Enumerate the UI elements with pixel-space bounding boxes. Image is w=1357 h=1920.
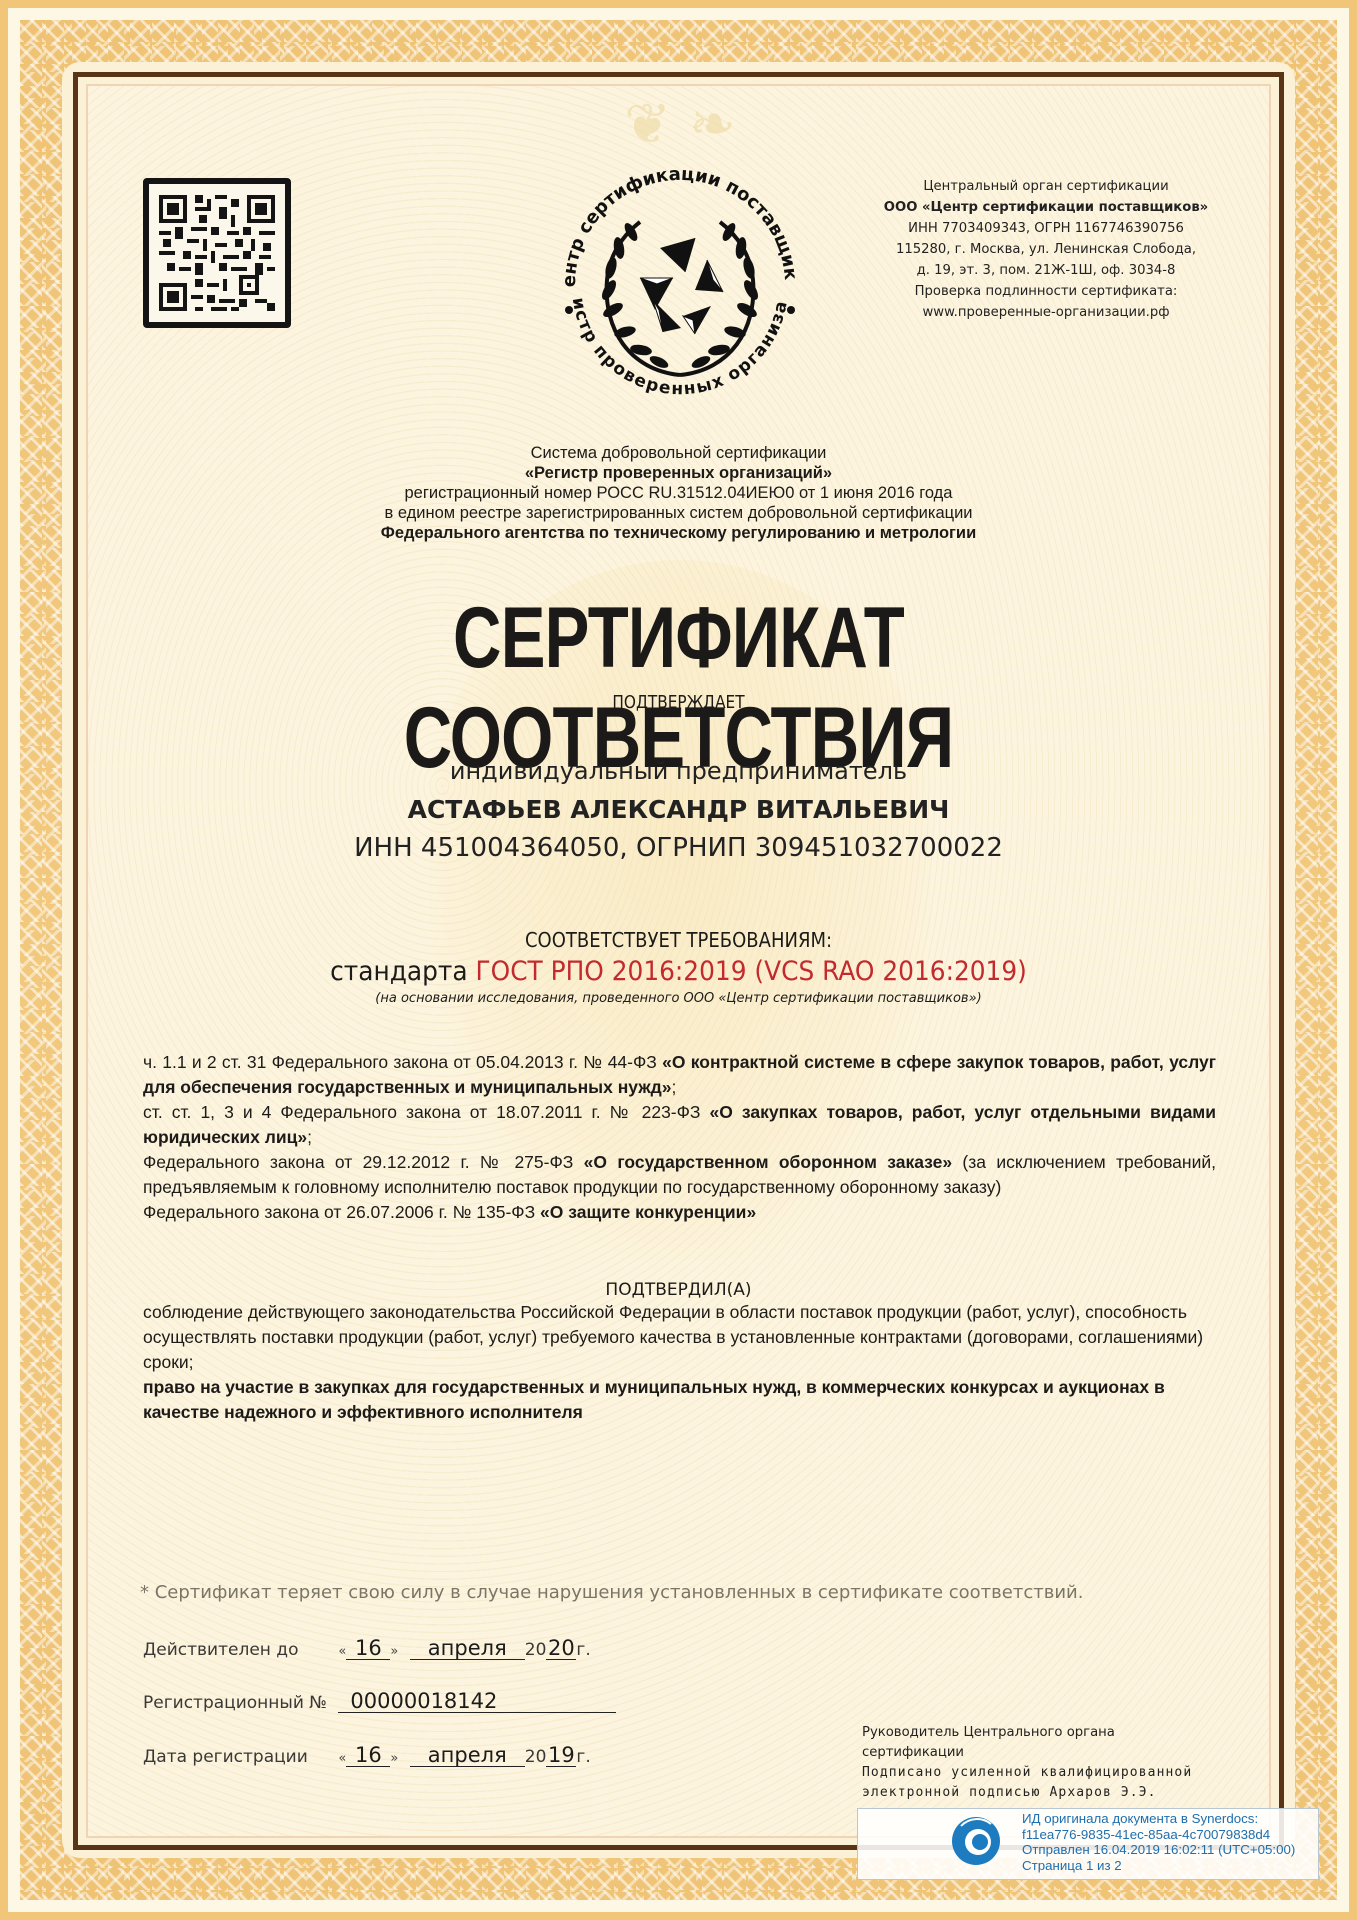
reg-number-field: Регистрационный № 00000018142 [143,1690,616,1713]
stamp-sent-time: Отправлен 16.04.2019 16:02:11 (UTC+05:00… [1022,1842,1295,1858]
org-name: ООО «Центр сертификации поставщиков» [862,197,1230,218]
system-agency: Федерального агентства по техническому р… [140,523,1217,543]
footnote: * Сертификат теряет свою силу в случае н… [140,1582,1220,1603]
requirements-heading: СООТВЕТСТВУЕТ ТРЕБОВАНИЯМ: [194,928,1163,952]
laws-list: ч. 1.1 и 2 ст. 31 Федерального закона от… [143,1050,1216,1225]
system-line-4: в едином реестре зарегистрированных сист… [140,503,1217,523]
signer-line-2: Подписано усиленной квалифицированной [862,1763,1216,1783]
system-name: «Регистр проверенных организаций» [140,463,1217,483]
law-item: Федерального закона от 29.12.2012 г. № 2… [143,1150,1216,1200]
year-prefix: 20 [525,1747,547,1767]
system-line-1: Система добровольной сертификации [140,443,1217,463]
signer-block: Руководитель Центрального органа сертифи… [862,1723,1216,1803]
confirmed-item: соблюдение действующего законодательства… [143,1300,1216,1375]
valid-until-field: Действителен до «16» апреля2020г. [143,1637,591,1660]
synerdocs-stamp: ИД оригинала документа в Synerdocs: f11e… [857,1808,1319,1880]
entity-ids: ИНН 451004364050, ОГРНИП 309451032700022 [140,831,1217,865]
valid-until-day: 16 [346,1637,390,1660]
reg-number-label: Регистрационный № [143,1693,333,1713]
stamp-page: Страница 1 из 2 [1022,1858,1295,1874]
verify-link[interactable]: www.проверенные-организации.рф [862,302,1230,323]
signer-title: Руководитель Центрального органа сертифи… [862,1723,1216,1763]
reg-date-label: Дата регистрации [143,1747,333,1767]
qr-code-icon[interactable] [143,178,291,328]
reg-date-day: 16 [346,1744,390,1767]
law-item: ст. ст. 1, 3 и 4 Федерального закона от … [143,1100,1216,1150]
requirements-note: (на основании исследования, проведенного… [140,990,1217,1008]
stamp-doc-id: f11ea776-9835-41ec-85aa-4c70079838d4 [1022,1827,1295,1843]
top-ornament-icon: ❦ ❧ [580,95,780,155]
law-item: Федерального закона от 26.07.2006 г. № 1… [143,1200,1216,1225]
valid-until-month: апреля [410,1637,525,1660]
stamp-line-1: ИД оригинала документа в Synerdocs: [1022,1811,1295,1827]
reg-date-month: апреля [410,1744,525,1767]
certification-system: Система добровольной сертификации «Регис… [140,443,1217,543]
synerdocs-logo-icon [951,1816,1001,1866]
confirmed-heading: ПОДТВЕРДИЛ(А) [140,1279,1217,1301]
verify-label: Проверка подлинности сертификата: [862,281,1230,302]
org-address-2: д. 19, эт. 3, пом. 21Ж-1Ш, оф. 3034-8 [862,260,1230,281]
signer-line-3: электронной подписью Архаров Э.Э. [862,1783,1216,1803]
confirmed-item: право на участие в закупках для государс… [143,1375,1216,1425]
certification-body-info: Центральный орган сертификации ООО «Цент… [862,176,1230,323]
reg-date-year: 19 [546,1744,576,1767]
standard-code: ГОСТ РПО 2016:2019 (VCS RAO 2016:2019) [475,956,1026,987]
certification-seal: Центр сертификации поставщиков Регистр п… [545,160,815,410]
reg-date-field: Дата регистрации «16» апреля2019г. [143,1744,591,1767]
org-heading: Центральный орган сертификации [862,176,1230,197]
reg-number-value: 00000018142 [338,1690,616,1713]
org-ids: ИНН 7703409343, ОГРН 1167746390756 [862,218,1230,239]
triangles-emblem-icon [640,238,723,334]
confirmed-list: соблюдение действующего законодательства… [143,1300,1216,1425]
confirms-label: ПОДТВЕРЖДАЕТ [221,692,1136,714]
org-address-1: 115280, г. Москва, ул. Ленинская Слобода… [862,239,1230,260]
entity-type: индивидуальный предприниматель [140,756,1217,786]
standard-prefix: стандарта [330,956,467,987]
valid-until-label: Действителен до [143,1640,333,1660]
svg-text:Центр сертификации поставщиков: Центр сертификации поставщиков [545,160,801,288]
requirements-standard: стандарта ГОСТ РПО 2016:2019 (VCS RAO 20… [183,955,1174,989]
year-prefix: 20 [525,1640,547,1660]
seal-top-text: Центр сертификации поставщиков [545,160,801,288]
entity-name: АСТАФЬЕВ АЛЕКСАНДР ВИТАЛЬЕВИЧ [140,794,1217,826]
system-reg-number: регистрационный номер РОСС RU.31512.04ИЕ… [140,483,1217,503]
law-item: ч. 1.1 и 2 ст. 31 Федерального закона от… [143,1050,1216,1100]
valid-until-year: 20 [546,1637,576,1660]
